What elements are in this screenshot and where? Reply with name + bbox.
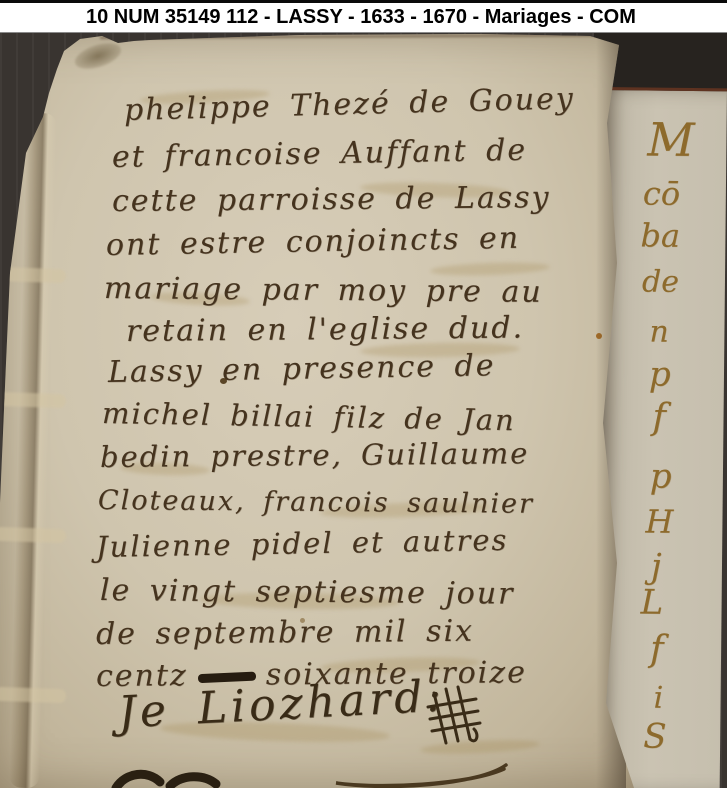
manuscript-line: bedin prestre, Guillaume — [100, 436, 530, 474]
facing-page-text-fragment: ba — [640, 216, 680, 254]
facing-page-text-fragment: M — [647, 113, 695, 167]
facing-page-text-fragment: n — [649, 315, 669, 350]
manuscript-line: retain en l'eglise dud. — [126, 311, 524, 349]
binding-cord — [0, 267, 66, 284]
binding-cord — [0, 687, 66, 704]
facing-page-text-fragment: cō — [643, 174, 681, 212]
archive-viewer-window: 10 NUM 35149 112 - LASSY - 1633 - 1670 -… — [0, 0, 727, 788]
page-top-edge — [100, 34, 600, 40]
binding-cord — [0, 527, 66, 544]
manuscript-line: phelippe Thezé de Gouey — [124, 81, 576, 128]
facing-page-text-fragment: p — [650, 457, 672, 497]
manuscript-line: michel billai filz de Jan — [102, 396, 516, 437]
ink-blot — [72, 38, 124, 74]
facing-page-text-fragment: j — [651, 547, 662, 587]
facing-page-text-fragment: f — [650, 629, 664, 670]
manuscript-line: mariage par moy pre au — [104, 271, 543, 310]
manuscript-line: Julienne pidel et autres — [96, 523, 509, 564]
manuscript-line: le vingt septiesme jour — [100, 573, 515, 612]
facing-page-text-fragment: L — [640, 582, 663, 622]
document-title: 10 NUM 35149 112 - LASSY - 1633 - 1670 -… — [0, 3, 636, 32]
next-entry-clipped-strokes — [108, 766, 268, 788]
manuscript-line: ont estre conjoincts en — [106, 221, 521, 263]
facing-page-fragments: McōbadenpfpHjLfiS — [600, 90, 727, 91]
manuscript-line: Cloteaux, francois saulnier — [98, 485, 534, 520]
manuscript-line: Lassy en presence de — [108, 348, 496, 390]
ink-spot — [596, 333, 602, 339]
facing-page-text-fragment: de — [642, 264, 679, 299]
facing-page-text-fragment: S — [643, 716, 667, 756]
binding-cord — [0, 392, 66, 409]
signature-paraph-icon — [424, 685, 482, 747]
document-title-bar: 10 NUM 35149 112 - LASSY - 1633 - 1670 -… — [0, 0, 727, 33]
document-scan[interactable]: McōbadenpfpHjLfiS — [0, 33, 727, 788]
facing-page-text-fragment: H — [645, 503, 673, 541]
signature-flourish — [328, 759, 513, 788]
manuscript-line: cette parroisse de Lassy — [112, 180, 551, 219]
manuscript-page: phelippe Thezé de Goueyet francoise Auff… — [0, 33, 648, 788]
facing-page: McōbadenpfpHjLfiS — [593, 87, 727, 788]
facing-page-text-fragment: p — [649, 355, 671, 395]
manuscript-line: et francoise Auffant de — [112, 133, 528, 175]
facing-page-text-fragment: f — [652, 397, 666, 438]
manuscript-line: de septembre mil six — [96, 614, 474, 652]
facing-page-text-fragment: i — [653, 681, 663, 716]
